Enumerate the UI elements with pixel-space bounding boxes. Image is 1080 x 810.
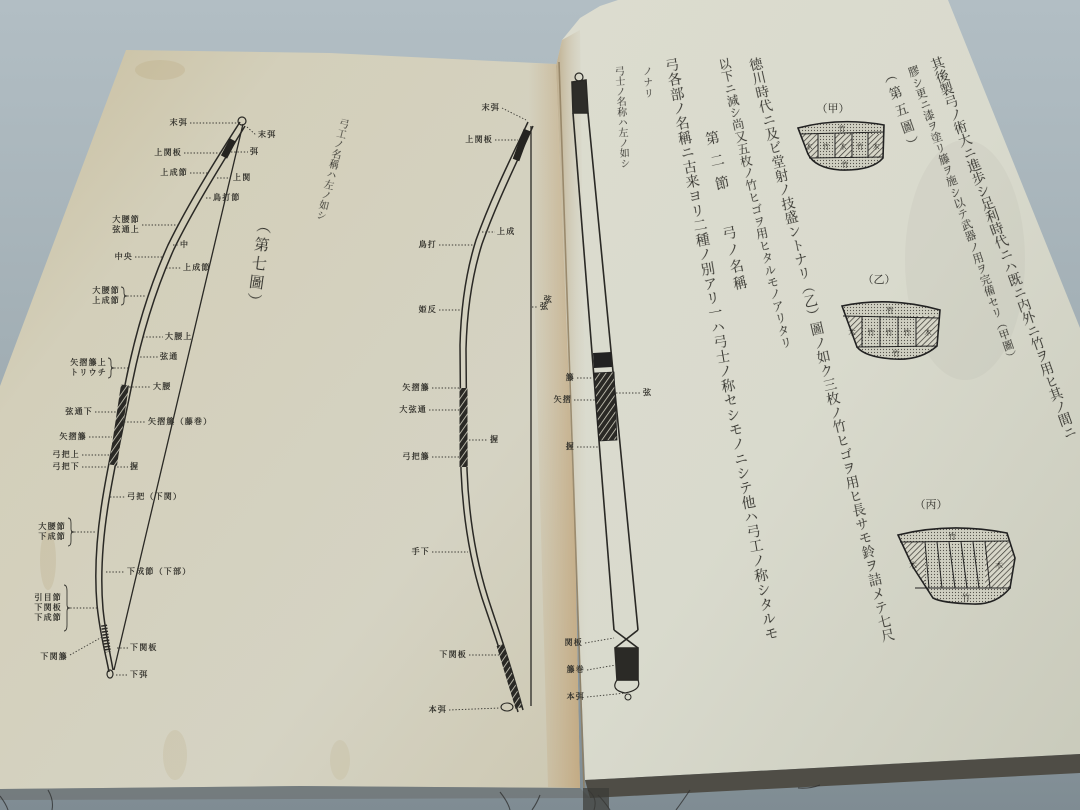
svg-text:木: 木 <box>909 560 917 570</box>
figure-label: 弓把籐 <box>402 452 430 462</box>
figure-label: 矢摺 <box>554 395 572 405</box>
book-photo-scene: 竹 竹 木 竹 木 竹 木 竹 竹 木 竹 竹 <box>0 0 1080 810</box>
figure-label: 関板 <box>565 638 583 648</box>
figure-label: 弦 <box>643 388 652 398</box>
figure-label: 弓把上 <box>52 450 80 460</box>
figure-label: 下関板 <box>439 650 467 660</box>
svg-text:竹: 竹 <box>885 327 893 337</box>
figure-label: 上関板 <box>465 135 493 145</box>
figure-label: 末弭 <box>482 103 500 113</box>
figure-label: 大腰節弦通上 <box>112 215 140 235</box>
figure-label: 矢摺籐上トリウチ <box>70 358 107 378</box>
cross-section-label-otsu: （乙） <box>863 271 896 287</box>
figure-label: 引目節下関板下成節 <box>34 593 62 623</box>
figure-label: 上関 <box>233 173 251 183</box>
figure-label: 下成節（下部） <box>127 567 191 577</box>
text-column: ノナリ <box>640 66 652 99</box>
figure-label: 中 <box>180 240 189 250</box>
figure-label: 矢摺籐 <box>59 432 87 442</box>
figure-label: 弦通下 <box>65 407 93 417</box>
figure-label: 末弭 <box>170 118 188 128</box>
figure-label: 下関籐 <box>40 652 68 662</box>
cross-section-label-hei: （丙） <box>915 496 948 512</box>
svg-text:木: 木 <box>806 142 813 151</box>
svg-text:竹: 竹 <box>962 592 970 602</box>
figure-label: 鳥打節 <box>213 193 241 203</box>
cross-section-label-kou: （甲） <box>817 100 850 116</box>
cross-section-bottom-label: 竹 <box>842 160 849 169</box>
svg-text:竹: 竹 <box>823 142 830 151</box>
figure-label: 本弭 <box>429 705 447 715</box>
figure-label: 握 <box>130 462 139 472</box>
figure-label: 籐 <box>566 373 575 383</box>
figure-label: 弓把下 <box>52 462 80 472</box>
cross-section-top-label: 竹 <box>839 124 846 133</box>
figure-label: 大腰節上成節 <box>92 286 120 306</box>
svg-text:木: 木 <box>840 142 847 151</box>
figure-label: 弭 <box>250 147 259 157</box>
figure-label: 上成節 <box>183 263 211 273</box>
figure-label: 矢摺籐 <box>402 383 430 393</box>
figure-label: 上関板 <box>154 148 182 158</box>
figure-label: 鳥打 <box>419 240 437 250</box>
figure-label: 上成 <box>497 227 515 237</box>
figure-label: 籐巻 <box>567 665 585 675</box>
svg-text:竹: 竹 <box>867 327 875 337</box>
svg-text:木: 木 <box>924 327 932 337</box>
figure-label: 大腰上 <box>165 332 193 342</box>
figure-label: 大弦通 <box>399 405 427 415</box>
figure-label: 握 <box>566 442 575 452</box>
figure-label: 下弭 <box>130 670 148 680</box>
svg-text:竹: 竹 <box>948 531 956 541</box>
svg-text:竹: 竹 <box>903 327 911 337</box>
figure-label: 弦通 <box>160 352 178 362</box>
svg-text:木: 木 <box>873 142 880 151</box>
svg-text:木: 木 <box>848 327 856 337</box>
svg-text:竹: 竹 <box>857 142 864 151</box>
figure-label: 弓把（下関） <box>127 492 182 502</box>
figure-label: 姫反 <box>419 305 437 315</box>
figure-label: 大腰 <box>153 382 171 392</box>
figure-label: 末弭 <box>258 130 276 140</box>
figure-label: 手下 <box>412 547 430 557</box>
figure-label: 矢摺籐（藤巻） <box>148 417 212 427</box>
figure-label: 上成節 <box>160 168 188 178</box>
svg-text:竹: 竹 <box>892 348 900 358</box>
svg-text:竹: 竹 <box>886 305 894 315</box>
figure-label: 握 <box>490 435 499 445</box>
figure-label: 本弭 <box>567 692 585 702</box>
figure-label: 弦 <box>544 295 553 305</box>
svg-text:木: 木 <box>995 560 1003 570</box>
figure-label: 中央 <box>115 252 133 262</box>
figure-label: 下関板 <box>130 643 158 653</box>
figure-label: 大腰節下成節 <box>38 522 66 542</box>
left-page <box>0 50 580 789</box>
